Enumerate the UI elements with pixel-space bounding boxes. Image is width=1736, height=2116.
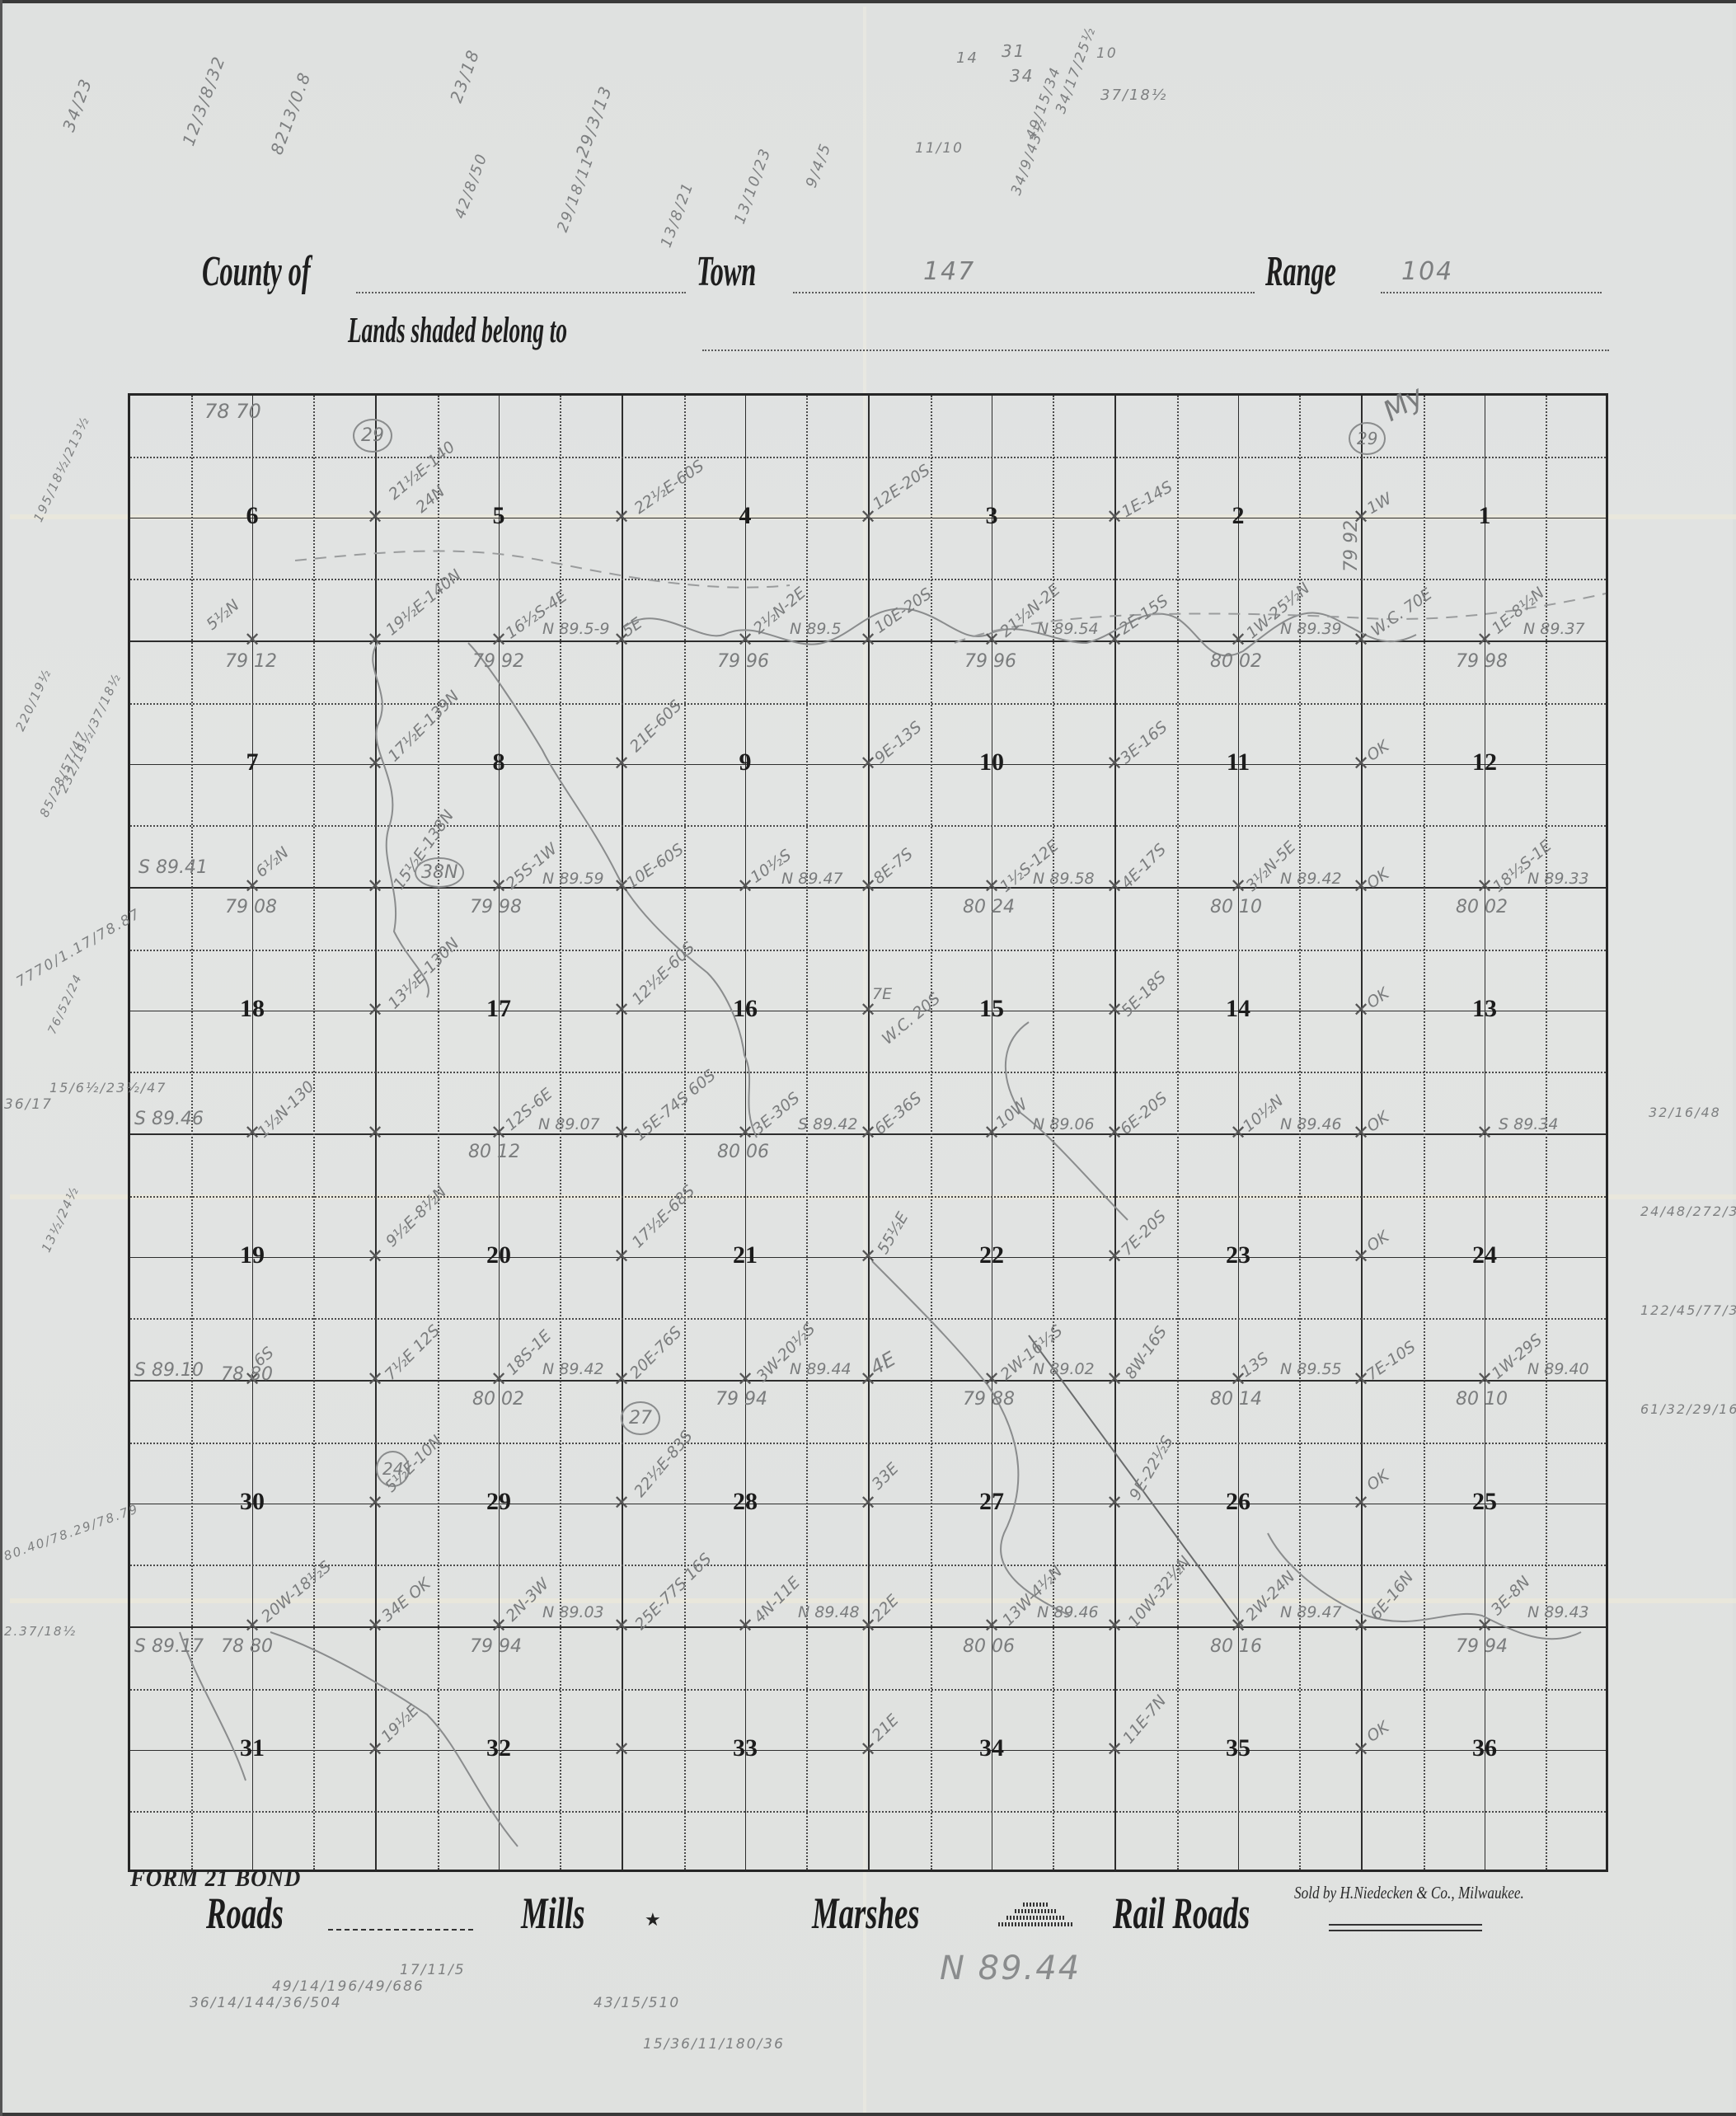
section-9[interactable]: 9 — [712, 746, 778, 779]
pencil-calc: 36/14/144/36/504 — [190, 1995, 342, 2011]
pencil-calc: 24/48/272/36/48/84 — [1640, 1203, 1736, 1219]
pencil-calc: 17/11/5 — [400, 1962, 466, 1978]
chain-length-note: 80 02 — [472, 1389, 524, 1410]
section-21[interactable]: 21 — [712, 1239, 778, 1272]
scan-border — [0, 0, 2, 2116]
chain-length-note: 79 08 — [225, 897, 277, 917]
chain-length-note: 80 12 — [468, 1142, 520, 1162]
printer-imprint: Sold by H.Niedecken & Co., Milwaukee. — [1294, 1883, 1524, 1903]
pencil-note: N 89.44 — [940, 1949, 1081, 1987]
section-4[interactable]: 4 — [712, 500, 778, 533]
section-23[interactable]: 23 — [1205, 1239, 1271, 1272]
section-3[interactable]: 3 — [959, 500, 1025, 533]
survey-corner-mark: ✕ — [1105, 631, 1124, 650]
pencil-calc: 31 — [1002, 41, 1025, 61]
pencil-calc: 15/36/11/180/36 — [643, 2036, 785, 2053]
bearing-note: S 89.46 — [134, 1109, 204, 1129]
survey-corner-mark: ✕ — [859, 509, 877, 527]
range-value: 104 — [1401, 257, 1453, 286]
bearing-note: N 89.5-9 — [542, 620, 610, 638]
circled-note: 29 — [353, 419, 392, 453]
survey-corner-mark: ✕ — [612, 509, 631, 527]
pencil-calc: 122/45/77/39/45/84 — [1640, 1302, 1736, 1318]
chain-length-note: 78 80 — [221, 1364, 273, 1385]
section-24[interactable]: 24 — [1452, 1239, 1518, 1272]
legend-roads-label: Roads — [206, 1888, 284, 1939]
bearing-note: N 89.42 — [542, 1360, 604, 1378]
section-5[interactable]: 5 — [466, 500, 532, 533]
section-30[interactable]: 30 — [219, 1485, 285, 1518]
pencil-calc: 37/18½ — [1100, 87, 1167, 104]
bearing-note: N 89.54 — [1037, 620, 1099, 638]
bearing-note: N 89.58 — [1033, 870, 1095, 888]
section-32[interactable]: 32 — [466, 1732, 532, 1765]
bearing-note: N 89.43 — [1527, 1603, 1589, 1621]
chain-length-note: 79 94 — [716, 1389, 767, 1410]
section-26[interactable]: 26 — [1205, 1485, 1271, 1518]
chain-length-note: 79 88 — [963, 1389, 1015, 1410]
bearing-note: N 89.02 — [1033, 1360, 1095, 1378]
bearing-note: S 89.34 — [1499, 1115, 1559, 1133]
section-15[interactable]: 15 — [959, 992, 1025, 1025]
bearing-note: N 89.33 — [1527, 870, 1589, 888]
section-22[interactable]: 22 — [959, 1239, 1025, 1272]
section-11[interactable]: 11 — [1205, 746, 1271, 779]
bearing-note: N 89.07 — [538, 1115, 600, 1133]
section-34[interactable]: 34 — [959, 1732, 1025, 1765]
circled-note: 29 — [1349, 422, 1386, 455]
bearing-note: N 89.5 — [790, 620, 842, 638]
section-33[interactable]: 33 — [712, 1732, 778, 1765]
bearing-note: N 89.44 — [790, 1360, 852, 1378]
bearing-note: S 89.17 — [134, 1636, 204, 1657]
scan-border — [0, 0, 1736, 3]
chain-length-note: 79 96 — [964, 651, 1016, 672]
bearing-note: N 89.03 — [542, 1603, 604, 1621]
pencil-calc: 32/16/48 — [1649, 1105, 1721, 1120]
pencil-calc: 43/15/510 — [594, 1995, 680, 2011]
section-13[interactable]: 13 — [1452, 992, 1518, 1025]
survey-corner-mark: ✕ — [243, 631, 261, 650]
survey-corner-mark: ✕ — [859, 631, 877, 650]
bearing-note: N 89.40 — [1527, 1360, 1589, 1378]
legend-railroads-label: Rail Roads — [1113, 1888, 1250, 1939]
bearing-note: N 89.55 — [1280, 1360, 1342, 1378]
chain-length-note: 79 94 — [470, 1636, 522, 1657]
pencil-calc: 34 — [1010, 66, 1034, 86]
marsh-symbol-icon — [997, 1900, 1073, 1933]
section-35[interactable]: 35 — [1205, 1732, 1271, 1765]
section-10[interactable]: 10 — [959, 746, 1025, 779]
bearing-note: N 89.06 — [1033, 1115, 1095, 1133]
section-18[interactable]: 18 — [219, 992, 285, 1025]
survey-corner-mark: ✕ — [1476, 631, 1494, 650]
section-19[interactable]: 19 — [219, 1239, 285, 1272]
railroad-symbol — [1329, 1924, 1482, 1931]
section-27[interactable]: 27 — [959, 1485, 1025, 1518]
chain-length-note: 79 98 — [470, 897, 522, 917]
pencil-calc: 36/17 — [4, 1096, 53, 1113]
county-label: County of — [202, 247, 311, 296]
legend-marshes-label: Marshes — [812, 1888, 920, 1939]
lands-shaded-field[interactable] — [702, 350, 1609, 351]
circled-note: 38N — [415, 857, 464, 888]
section-28[interactable]: 28 — [712, 1485, 778, 1518]
town-label: Town — [697, 247, 756, 296]
section-2[interactable]: 2 — [1205, 500, 1271, 533]
roads-symbol — [328, 1929, 473, 1931]
survey-corner-mark: ✕ — [366, 509, 384, 527]
chain-length-note: 80 06 — [717, 1142, 769, 1162]
pencil-calc: 2.37/18½ — [4, 1624, 77, 1639]
lands-shaded-label: Lands shaded belong to — [348, 309, 567, 351]
township-grid: 6 5 4 3 2 1 7 8 9 10 11 12 18 17 16 15 1… — [128, 393, 1608, 1872]
section-31[interactable]: 31 — [219, 1732, 285, 1765]
pencil-calc: 10 — [1096, 45, 1118, 62]
bearing-note: N 89.59 — [542, 870, 604, 888]
section-7[interactable]: 7 — [219, 746, 285, 779]
pencil-calc: 11/10 — [915, 140, 964, 157]
section-29[interactable]: 29 — [466, 1485, 532, 1518]
chain-length-note: 80 24 — [963, 897, 1015, 917]
chain-length-note: 80 14 — [1210, 1389, 1262, 1410]
bearing-note: N 89.39 — [1280, 620, 1342, 638]
section-17[interactable]: 17 — [466, 992, 532, 1025]
section-6[interactable]: 6 — [219, 500, 285, 533]
section-8[interactable]: 8 — [466, 746, 532, 779]
survey-corner-mark: ✕ — [366, 631, 384, 650]
section-12[interactable]: 12 — [1452, 746, 1518, 779]
bearing-note: S 89.10 — [134, 1360, 204, 1381]
chain-length-note: 79 98 — [1456, 651, 1508, 672]
pencil-note: 78 70 — [204, 400, 261, 423]
bearing-note: N 89.46 — [1037, 1603, 1099, 1621]
pencil-calc: 49/14/196/49/686 — [272, 1978, 425, 1995]
bearing-note: N 89.37 — [1523, 620, 1585, 638]
scan-border — [0, 2113, 1736, 2116]
chain-length-note: 79 92 — [472, 651, 524, 672]
range-field[interactable] — [1381, 292, 1602, 293]
bearing-note: S 89.41 — [138, 857, 208, 878]
bearing-note: N 89.42 — [1280, 870, 1342, 888]
chain-length-note: 80 16 — [1210, 1636, 1262, 1657]
survey-corner-mark: ✕ — [1352, 631, 1370, 650]
chain-length-note: 79 12 — [225, 651, 277, 672]
circled-note: 27 — [621, 1401, 660, 1435]
survey-corner-mark: ✕ — [1229, 631, 1247, 650]
mill-star-icon: ★ — [645, 1909, 661, 1931]
section-36[interactable]: 36 — [1452, 1732, 1518, 1765]
chain-length-note: 78 80 — [221, 1636, 273, 1657]
town-value: 147 — [923, 257, 975, 286]
section-20[interactable]: 20 — [466, 1239, 532, 1272]
chain-length-note: 80 06 — [963, 1636, 1015, 1657]
section-16[interactable]: 16 — [712, 992, 778, 1025]
chain-length-note: 80 10 — [1456, 1389, 1508, 1410]
pencil-calc: 15/6½/23½/47 — [49, 1080, 167, 1096]
pencil-calc: 14 — [956, 49, 978, 67]
section-25[interactable]: 25 — [1452, 1485, 1518, 1518]
range-label: Range — [1265, 247, 1336, 296]
survey-corner-mark: ✕ — [983, 631, 1001, 650]
section-1[interactable]: 1 — [1452, 500, 1518, 533]
bearing-note: N 89.47 — [781, 870, 843, 888]
bearing-note: N 89.47 — [1280, 1603, 1342, 1621]
bearing-note: 79 92 — [1341, 520, 1362, 572]
bearing-note: N 89.48 — [798, 1603, 860, 1621]
chain-length-note: 80 10 — [1210, 897, 1262, 917]
survey-corner-mark: ✕ — [490, 631, 508, 650]
bearing-note: 7E — [872, 985, 892, 1003]
chain-length-note: 80 02 — [1210, 651, 1262, 672]
pencil-calc: 61/32/29/16/13 — [1640, 1401, 1736, 1417]
chain-length-note: 80 02 — [1456, 897, 1508, 917]
survey-corner-mark: ✕ — [736, 631, 754, 650]
county-field[interactable] — [356, 292, 686, 293]
bearing-note: N 89.46 — [1280, 1115, 1342, 1133]
chain-length-note: 79 96 — [717, 651, 769, 672]
bearing-note: S 89.42 — [798, 1115, 858, 1133]
survey-corner-mark: ✕ — [1105, 509, 1124, 527]
legend-mills-label: Mills — [521, 1888, 585, 1939]
town-field[interactable] — [793, 292, 1255, 293]
chain-length-note: 79 94 — [1456, 1636, 1508, 1657]
section-14[interactable]: 14 — [1205, 992, 1271, 1025]
